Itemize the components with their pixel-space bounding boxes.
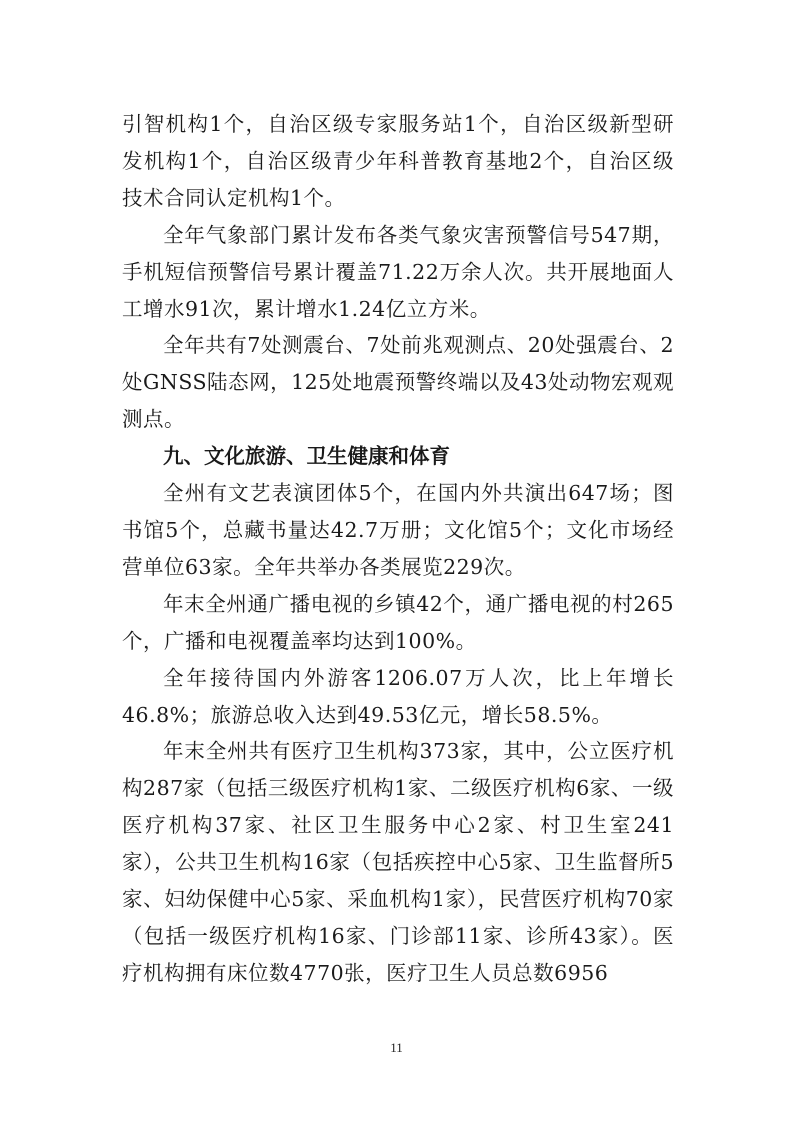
- page-number: 11: [0, 1040, 793, 1056]
- document-body: 引智机构1个，自治区级专家服务站1个，自治区级新型研发机构1个，自治区级青少年科…: [122, 106, 674, 992]
- paragraph-weather-warnings: 全年气象部门累计发布各类气象灾害预警信号547期，手机短信预警信号累计覆盖71.…: [122, 217, 674, 328]
- section-heading: 九、文化旅游、卫生健康和体育: [122, 438, 674, 475]
- paragraph-tourism: 全年接待国内外游客1206.07万人次，比上年增长46.8%；旅游总收入达到49…: [122, 660, 674, 734]
- paragraph-culture: 全州有文艺表演团体5个，在国内外共演出647场；图书馆5个，总藏书量达42.7万…: [122, 475, 674, 586]
- paragraph-research-institutions: 引智机构1个，自治区级专家服务站1个，自治区级新型研发机构1个，自治区级青少年科…: [122, 106, 674, 217]
- paragraph-seismic-stations: 全年共有7处测震台、7处前兆观测点、20处强震台、2处GNSS陆态网，125处地…: [122, 327, 674, 438]
- paragraph-health: 年末全州共有医疗卫生机构373家，其中，公立医疗机构287家（包括三级医疗机构1…: [122, 733, 674, 991]
- paragraph-broadcast: 年末全州通广播电视的乡镇42个，通广播电视的村265个，广播和电视覆盖率均达到1…: [122, 586, 674, 660]
